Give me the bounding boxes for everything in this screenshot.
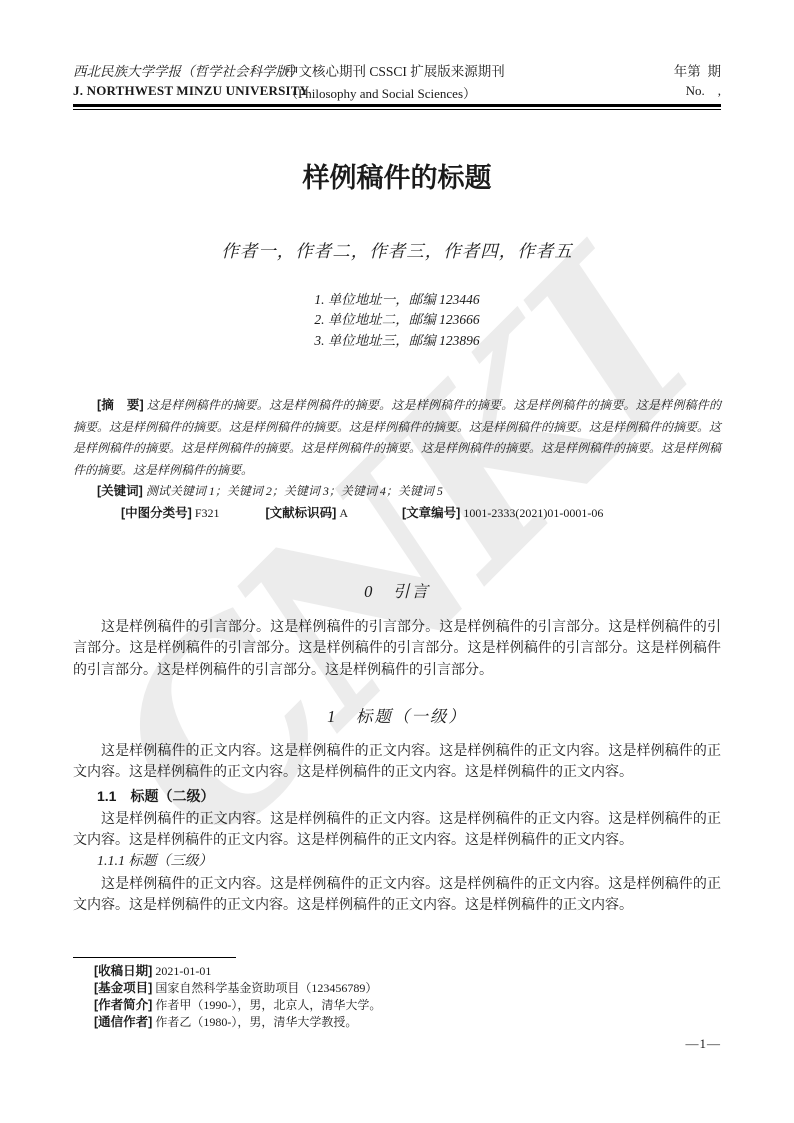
journal-title-en: J. NORTHWEST MINZU UNIVERSITY [73, 83, 309, 99]
footnote-fund-project: [基金项目] 国家自然科学基金资助项目（123456789） [73, 980, 721, 997]
doc-code-group: [文献标识码] A [242, 503, 349, 525]
journal-header-row-cn: 西北民族大学学报（哲学社会科学版） 中文核心期刊 CSSCI 扩展版来源期刊 年… [73, 60, 721, 78]
section-heading-1-1: 1.1 标题（二级） [73, 786, 721, 806]
clc-value: F321 [195, 506, 220, 520]
journal-subtitle-en: （Philosophy and Social Sciences） [285, 83, 476, 102]
clc-label: [中图分类号] [121, 506, 192, 520]
article-title: 样例稿件的标题 [0, 161, 794, 195]
page-number: —1— [686, 1036, 722, 1052]
affiliation-item-3: 3. 单位地址三，邮编 123896 [314, 331, 479, 351]
footnote-corresponding-author: [通信作者] 作者乙（1980-），男，清华大学教授。 [73, 1014, 721, 1031]
section-heading-1-1-1: 1.1.1 标题（三级） [73, 852, 721, 872]
affiliation-item-1: 1. 单位地址一，邮编 123446 [314, 290, 479, 310]
journal-title-cn: 西北民族大学学报（哲学社会科学版） [73, 60, 303, 80]
footnote-received-date-label: [收稿日期] [94, 964, 152, 978]
classification-paragraph: [中图分类号] F321[文献标识码] A[文章编号] 1001-2333(20… [73, 503, 721, 525]
journal-page: CNKI 西北民族大学学报（哲学社会科学版） 中文核心期刊 CSSCI 扩展版来… [0, 0, 794, 1123]
section-1-1-paragraph: 这是样例稿件的正文内容。这是样例稿件的正文内容。这是样例稿件的正文内容。这是样例… [73, 809, 721, 852]
footnote-rule [73, 957, 236, 958]
abstract-text: 这是样例稿件的摘要。这是样例稿件的摘要。这是样例稿件的摘要。这是样例稿件的摘要。… [73, 398, 721, 477]
intro-paragraph: 这是样例稿件的引言部分。这是样例稿件的引言部分。这是样例稿件的引言部分。这是样例… [73, 617, 721, 681]
section-1-1-1-paragraph: 这是样例稿件的正文内容。这是样例稿件的正文内容。这是样例稿件的正文内容。这是样例… [73, 874, 721, 917]
clc-group: [中图分类号] F321 [97, 503, 220, 525]
footnote-fund-project-label: [基金项目] [94, 981, 152, 995]
footnote-received-date-text: 2021-01-01 [155, 964, 211, 978]
article-id-group: [文章编号] 1001-2333(2021)01-0001-06 [378, 503, 603, 525]
section-heading-1: 1 标题（一级） [0, 706, 794, 728]
abstract-label: [摘 要] [97, 398, 144, 412]
keywords-label: [关键词] [97, 484, 143, 498]
doc-code-value: A [339, 506, 348, 520]
doc-code-label: [文献标识码] [266, 506, 337, 520]
footnote-author-bio: [作者简介] 作者甲（1990-），男，北京人，清华大学。 [73, 997, 721, 1014]
footnotes-block: [收稿日期] 2021-01-01 [基金项目] 国家自然科学基金资助项目（12… [73, 963, 721, 1031]
keywords-paragraph: [关键词] 测试关键词 1；关键词 2；关键词 3；关键词 4；关键词 5 [73, 481, 721, 503]
footnote-received-date: [收稿日期] 2021-01-01 [73, 963, 721, 980]
article-id-label: [文章编号] [402, 506, 460, 520]
keywords-text: 测试关键词 1；关键词 2；关键词 3；关键词 4；关键词 5 [146, 484, 443, 498]
affiliations-inner: 1. 单位地址一，邮编 123446 2. 单位地址二，邮编 123666 3.… [314, 290, 479, 351]
article-id-value: 1001-2333(2021)01-0001-06 [463, 506, 603, 520]
meta-block: [摘 要] 这是样例稿件的摘要。这是样例稿件的摘要。这是样例稿件的摘要。这是样例… [73, 395, 721, 525]
header-double-rule [73, 104, 721, 110]
affiliations-block: 1. 单位地址一，邮编 123446 2. 单位地址二，邮编 123666 3.… [0, 290, 794, 351]
section-1-paragraph: 这是样例稿件的正文内容。这是样例稿件的正文内容。这是样例稿件的正文内容。这是样例… [73, 741, 721, 784]
affiliation-item-2: 2. 单位地址二，邮编 123666 [314, 310, 479, 330]
footnote-author-bio-label: [作者简介] [94, 998, 152, 1012]
footnote-fund-project-text: 国家自然科学基金资助项目（123456789） [155, 981, 377, 995]
journal-core-label: 中文核心期刊 CSSCI 扩展版来源期刊 [285, 60, 505, 80]
journal-issue-en: No. , [686, 83, 721, 99]
authors-line: 作者一，作者二，作者三，作者四，作者五 [0, 238, 794, 264]
footnote-corresponding-author-label: [通信作者] [94, 1015, 152, 1029]
section-heading-intro: 0 引言 [0, 581, 794, 603]
footnote-author-bio-text: 作者甲（1990-），男，北京人，清华大学。 [155, 998, 381, 1012]
journal-header-row-en: J. NORTHWEST MINZU UNIVERSITY （Philosoph… [73, 83, 721, 101]
footnote-corresponding-author-text: 作者乙（1980-），男，清华大学教授。 [155, 1015, 357, 1029]
journal-issue-cn: 年第 期 [674, 60, 721, 80]
abstract-paragraph: [摘 要] 这是样例稿件的摘要。这是样例稿件的摘要。这是样例稿件的摘要。这是样例… [73, 395, 721, 481]
